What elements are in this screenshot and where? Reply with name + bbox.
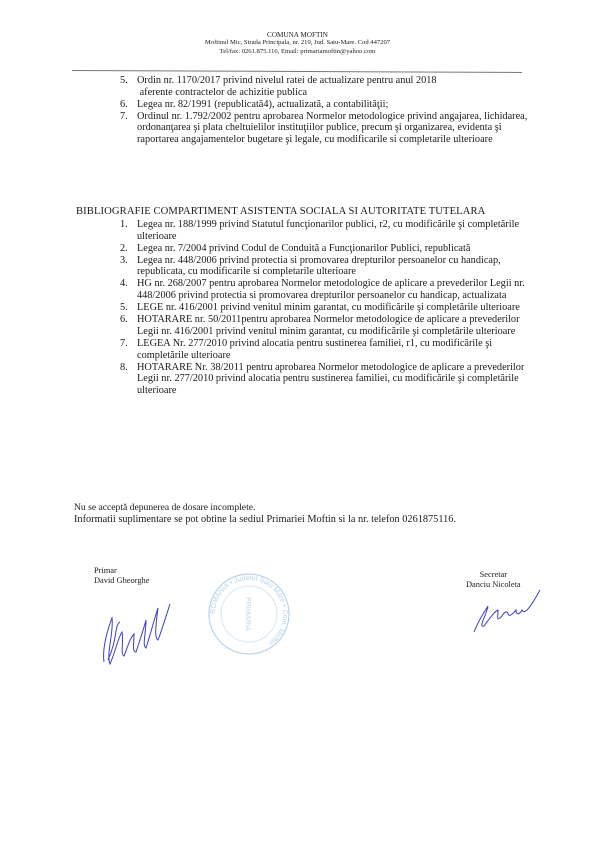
list-item: 7. Ordinul nr. 1.792/2002 pentru aprobar… <box>137 111 537 146</box>
list-item: 3.Legea nr. 448/2006 privind protectia s… <box>137 255 537 278</box>
list-item: 4.HG nr. 268/2007 pentru aprobarea Norme… <box>137 278 537 301</box>
letterhead: COMUNA MOFTIN Moftinul Mic, Strada Princ… <box>0 31 595 56</box>
header-divider <box>72 70 522 73</box>
list-item-text: HOTARARE nr. 50/2011pentru aprobarea Nor… <box>137 314 520 337</box>
list-item: 7.LEGEA Nr. 277/2010 privind alocatia pe… <box>137 338 537 361</box>
list-item-text: Legea nr. 188/1999 privind Statutul func… <box>137 219 519 242</box>
letterhead-contact: Tel/fax: 0261.875.116, Email: primariamo… <box>0 48 595 56</box>
section-title: BIBLIOGRAFIE COMPARTIMENT ASISTENTA SOCI… <box>76 206 485 217</box>
notes: Nu se acceptă depunerea de dosare incomp… <box>74 502 456 525</box>
official-stamp-icon: ROMÂNIA • Judetul Satu Mare • Com. Mofti… <box>207 572 291 656</box>
signature-mayor-icon <box>98 598 178 670</box>
list-item-text: LEGE nr. 416/2001 privind venitul minim … <box>137 302 520 313</box>
list-item-text: Ordin nr. 1170/2017 privind nivelul rate… <box>137 75 437 86</box>
list-item: 6.HOTARARE nr. 50/2011pentru aprobarea N… <box>137 314 537 337</box>
letterhead-address: Moftinul Mic, Strada Principala, nr. 219… <box>0 39 595 47</box>
list-item-text: Legea nr. 7/2004 privind Codul de Condui… <box>137 243 470 254</box>
signature-block-mayor: Primar David Gheorghe <box>94 566 149 586</box>
list-item-text: HOTARARE Nr. 38/2011 pentru aprobarea No… <box>137 362 524 396</box>
list-item: 5.LEGE nr. 416/2001 privind venitul mini… <box>137 302 537 314</box>
list-item: 6. Legea nr. 82/1991 (republicată4), act… <box>137 99 537 111</box>
list-item-text: Ordinul nr. 1.792/2002 pentru aprobarea … <box>137 111 527 145</box>
list-item-text: LEGEA Nr. 277/2010 privind alocatia pent… <box>137 338 492 361</box>
list-item: 2.Legea nr. 7/2004 privind Codul de Cond… <box>137 243 537 255</box>
signer-role: Primar <box>94 566 149 576</box>
bibliography-list: 1.Legea nr. 188/1999 privind Statutul fu… <box>137 219 537 397</box>
list-item-text: Legea nr. 448/2006 privind protectia si … <box>137 255 501 278</box>
list-item-text-cont: aferente contractelor de achizitie publi… <box>137 87 307 98</box>
list-item-text: Legea nr. 82/1991 (republicată4), actual… <box>137 99 388 110</box>
signer-name: David Gheorghe <box>94 576 149 586</box>
signature-block-secretary: Secretar Danciu Nicoleta <box>466 570 521 590</box>
list-continued: 5. Ordin nr. 1170/2017 privind nivelul r… <box>137 75 537 146</box>
signature-secretary-icon <box>470 588 542 638</box>
list-item: 8.HOTARARE Nr. 38/2011 pentru aprobarea … <box>137 362 537 397</box>
list-item: 1.Legea nr. 188/1999 privind Statutul fu… <box>137 219 537 242</box>
signer-role: Secretar <box>466 570 521 580</box>
list-item-text: HG nr. 268/2007 pentru aprobarea Normelo… <box>137 278 525 301</box>
note-incomplete-files: Nu se acceptă depunerea de dosare incomp… <box>74 502 456 514</box>
list-item: 5. Ordin nr. 1170/2017 privind nivelul r… <box>137 75 537 98</box>
svg-text:PRIMARIA: PRIMARIA <box>244 597 251 631</box>
letterhead-title: COMUNA MOFTIN <box>0 31 595 39</box>
note-contact-info: Informatii suplimentare se pot obtine la… <box>74 514 456 526</box>
